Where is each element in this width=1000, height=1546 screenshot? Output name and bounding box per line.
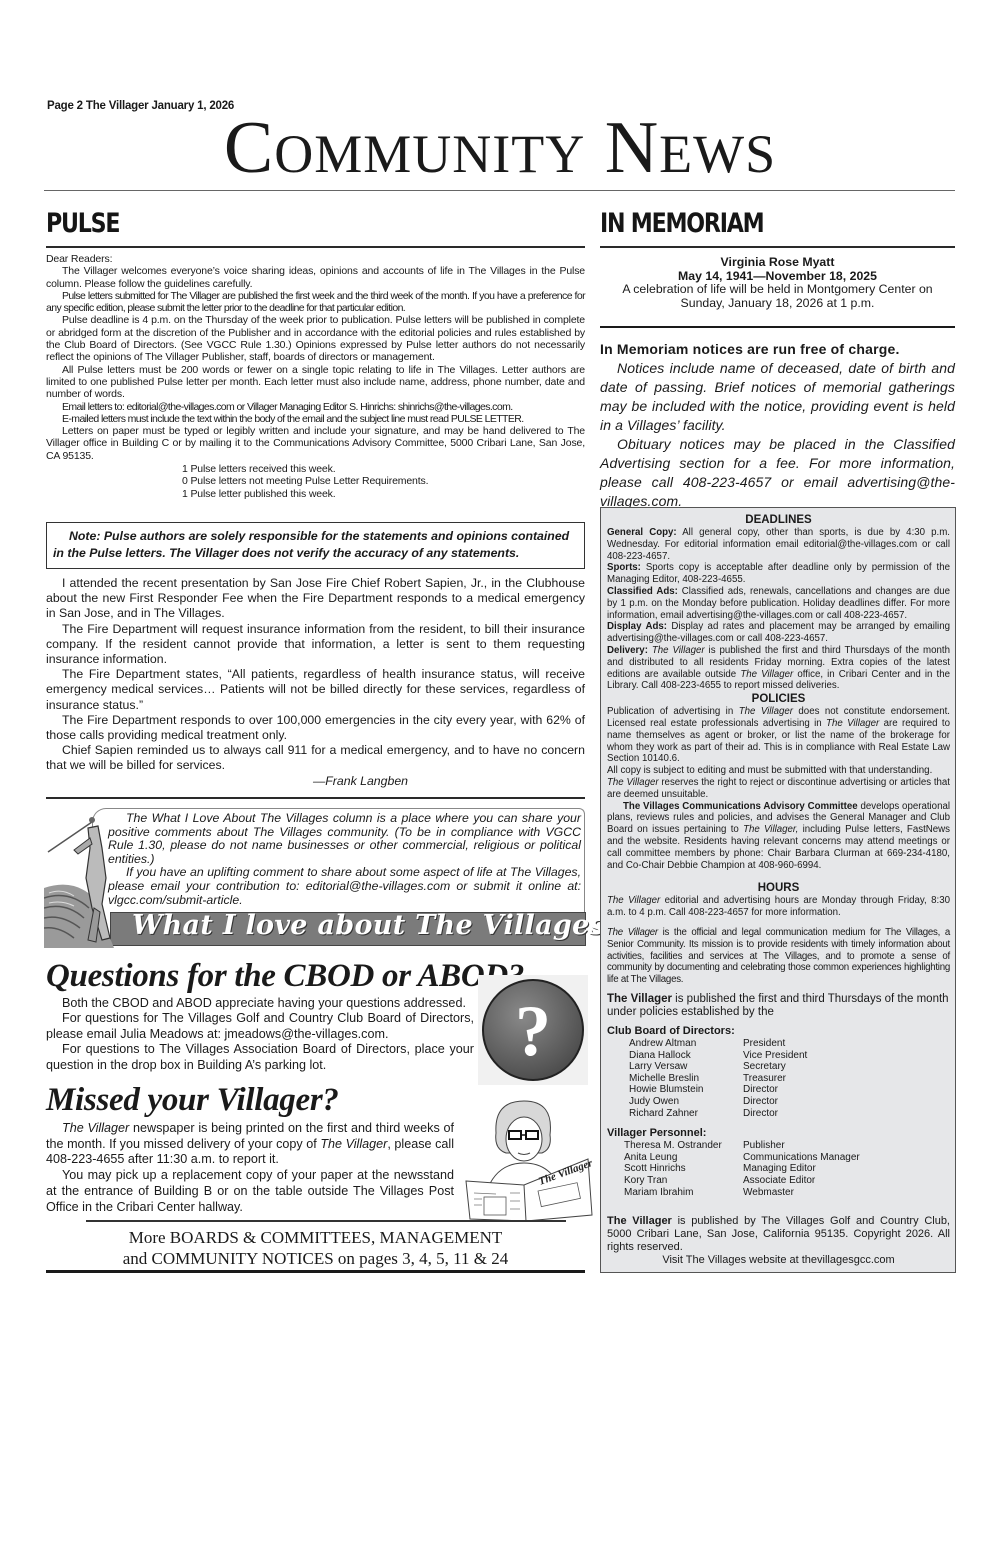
mission-text: is the official and legal communication …	[607, 927, 950, 985]
notices-bottom-rule	[46, 1270, 585, 1273]
memoriam-heading-rule	[600, 246, 955, 248]
board-member-role: Vice President	[743, 1050, 950, 1062]
count-not-meeting: 0 Pulse letters not meeting Pulse Letter…	[182, 475, 585, 487]
staff-name: Kory Tran	[624, 1175, 743, 1187]
staff-name: Mariam Ibrahim	[624, 1187, 743, 1199]
guideline-paragraph: The Villager welcomes everyone’s voice s…	[46, 265, 585, 290]
policy-text: reserves the right to reject or disconti…	[607, 777, 950, 800]
pulse-guidelines: Dear Readers: The Villager welcomes ever…	[46, 253, 585, 500]
paper-letter-instructions: Letters on paper must be typed or legibl…	[46, 425, 585, 462]
publication-name: The Villager	[739, 706, 793, 717]
guideline-paragraph: Pulse deadline is 4 p.m. on the Thursday…	[46, 314, 585, 363]
published-note: The Villager is published the first and …	[607, 993, 950, 1019]
policy-item: All copy is subject to editing and must …	[607, 765, 950, 777]
missed-paragraph-2: You may pick up a replacement copy of yo…	[46, 1168, 454, 1215]
website-link[interactable]: Visit The Villages website at thevillage…	[607, 1254, 950, 1267]
committee-item: The Villages Communications Advisory Com…	[607, 801, 950, 872]
letter-paragraph: The Fire Department states, “All patient…	[46, 667, 585, 713]
svg-text:?: ?	[515, 991, 551, 1071]
publication-name: The Villager	[607, 895, 660, 906]
staff-name: Scott Hinrichs	[624, 1163, 743, 1175]
letter-paragraph: The Fire Department responds to over 100…	[46, 713, 585, 743]
hours-text: The Villager editorial and advertising h…	[607, 895, 950, 919]
staff-role: Managing Editor	[743, 1163, 950, 1175]
pulse-letter: I attended the recent presentation by Sa…	[46, 576, 585, 789]
deadlines-title: DEADLINES	[607, 513, 950, 527]
what-i-love-paragraph: If you have an uplifting comment to shar…	[108, 866, 581, 907]
pulse-heading-rule	[46, 246, 585, 248]
email-instructions: Email letters to: editorial@the-villages…	[46, 401, 585, 413]
publisher-footer: The Villager is published by The Village…	[607, 1215, 950, 1267]
publication-name: The Villager	[607, 1215, 672, 1227]
staff-role: Associate Editor	[743, 1175, 950, 1187]
board-member-role: Director	[743, 1084, 950, 1096]
more-notices-line-1: More BOARDS & COMMITTEES, MANAGEMENT	[46, 1227, 585, 1248]
salutation: Dear Readers:	[46, 253, 585, 265]
guideline-paragraph: All Pulse letters must be 200 words or f…	[46, 364, 585, 401]
publication-name: The Villager	[320, 1137, 387, 1151]
policy-item: The Villager reserves the right to rejec…	[607, 777, 950, 801]
pulse-disclaimer-box: Note: Pulse authors are solely responsib…	[46, 522, 585, 569]
personnel-roster: Theresa M. OstranderPublisher Anita Leun…	[607, 1140, 950, 1198]
golfer-illustration-icon	[44, 808, 128, 948]
hours-section: HOURS The Villager editorial and adverti…	[607, 881, 950, 919]
delivery-item: Delivery: The Villager is published the …	[607, 645, 950, 692]
policies-title: POLICIES	[607, 692, 950, 706]
board-member-name: Howie Blumstein	[629, 1084, 743, 1096]
life-dates: May 14, 1941—November 18, 2025	[600, 270, 955, 284]
woman-reading-newspaper-icon: The Villager	[456, 1093, 594, 1223]
staff-name: Theresa M. Ostrander	[624, 1140, 743, 1152]
email-format-instructions: E-mailed letters must include the text w…	[46, 413, 585, 425]
pulse-letter-counts: 1 Pulse letters received this week. 0 Pu…	[182, 463, 585, 500]
staff-role: Communications Manager	[743, 1152, 950, 1164]
board-member-role: President	[743, 1038, 950, 1050]
publication-name: The Villager	[607, 993, 672, 1005]
missed-heading: Missed your Villager?	[46, 1082, 339, 1119]
section-rule	[46, 797, 585, 799]
cbod-paragraph: Both the CBOD and ABOD appreciate having…	[46, 996, 474, 1011]
policy-text: Publication of advertising in	[607, 706, 739, 717]
question-mark-icon: ?	[478, 975, 588, 1085]
board-roster: Andrew AltmanPresident Diana HallockVice…	[607, 1038, 950, 1119]
board-member-role: Director	[743, 1108, 950, 1120]
letter-paragraph: Chief Sapien reminded us to always call …	[46, 743, 585, 773]
publication-name: The Villager	[607, 927, 658, 938]
policy-item: Publication of advertising in The Villag…	[607, 706, 950, 765]
letter-signature: —Frank Langben	[46, 774, 585, 789]
board-member-name: Larry Versaw	[629, 1061, 743, 1073]
board-member-name: Richard Zahner	[629, 1108, 743, 1120]
publication-name: The Villager,	[743, 824, 798, 835]
publication-name: The Villager	[648, 645, 705, 656]
memoriam-policy-paragraph: Notices include name of deceased, date o…	[600, 359, 955, 435]
masthead-rule	[44, 190, 955, 191]
disclaimer-text: Note: Pulse authors are solely responsib…	[53, 529, 569, 560]
what-i-love-banner-text: What I love about The Villages	[132, 910, 605, 941]
cbod-text: Both the CBOD and ABOD appreciate having…	[46, 996, 474, 1073]
deadline-item: General Copy: All general copy, other th…	[607, 527, 950, 562]
personnel-title: Villager Personnel:	[607, 1127, 950, 1140]
publication-name: The Villager	[826, 718, 879, 729]
hours-title: HOURS	[607, 881, 950, 895]
deadlines-section: DEADLINES General Copy: All general copy…	[607, 513, 950, 871]
board-member-name: Judy Owen	[629, 1096, 743, 1108]
board-member-role: Director	[743, 1096, 950, 1108]
deceased-name: Virginia Rose Myatt	[600, 256, 955, 270]
obituary-entry: Virginia Rose Myatt May 14, 1941—Novembe…	[600, 256, 955, 310]
notices-top-rule	[86, 1220, 566, 1222]
deadline-label: Sports:	[607, 562, 641, 573]
letter-paragraph: The Fire Department will request insuran…	[46, 622, 585, 668]
memoriam-policy-paragraph: Obituary notices may be placed in the Cl…	[600, 435, 955, 511]
deadline-text: Sports copy is acceptable after deadline…	[607, 562, 950, 585]
what-i-love-text: The What I Love About The Villages colum…	[108, 812, 581, 907]
deadline-label: Delivery:	[607, 645, 648, 656]
cbod-paragraph: For questions to The Villages Associatio…	[46, 1042, 474, 1073]
more-notices-line-2: and COMMUNITY NOTICES on pages 3, 4, 5, …	[46, 1248, 585, 1269]
deadline-item: Sports: Sports copy is acceptable after …	[607, 562, 950, 586]
obituary-rule	[600, 326, 955, 328]
board-title: Club Board of Directors:	[607, 1025, 950, 1038]
count-published: 1 Pulse letter published this week.	[182, 488, 585, 500]
masthead-staff: The Villager is published the first and …	[607, 993, 950, 1198]
board-member-role: Secretary	[743, 1061, 950, 1073]
cbod-heading: Questions for the CBOD or ABOD?	[46, 958, 524, 995]
publication-name: The Villager	[607, 777, 659, 788]
memoriam-policy: In Memoriam notices are run free of char…	[600, 340, 955, 511]
deadline-label: General Copy:	[607, 527, 677, 538]
board-member-name: Diana Hallock	[629, 1050, 743, 1062]
copyright-note: The Villager is published by The Village…	[607, 1215, 950, 1254]
deadline-label: Display Ads:	[607, 621, 667, 632]
board-member-role: Treasurer	[743, 1073, 950, 1085]
staff-role: Webmaster	[743, 1187, 950, 1199]
mission-statement: The Villager is the official and legal c…	[607, 927, 950, 986]
masthead-title: COMMUNITY NEWS	[0, 108, 1000, 194]
memoriam-heading: IN MEMORIAM	[600, 208, 763, 239]
pulse-heading: PULSE	[46, 208, 119, 239]
guideline-paragraph: Pulse letters submitted for The Villager…	[46, 290, 585, 315]
count-received: 1 Pulse letters received this week.	[182, 463, 585, 475]
committee-name: The Villages Communications Advisory Com…	[623, 801, 858, 812]
deadline-label: Classified Ads:	[607, 586, 678, 597]
what-i-love-paragraph: The What I Love About The Villages colum…	[108, 812, 581, 866]
missed-paragraph-1: The Villager newspaper is being printed …	[46, 1121, 454, 1168]
letter-paragraph: I attended the recent presentation by Sa…	[46, 576, 585, 622]
cbod-paragraph: For questions for The Villages Golf and …	[46, 1011, 474, 1042]
publication-name: The Villager	[62, 1121, 129, 1135]
board-member-name: Andrew Altman	[629, 1038, 743, 1050]
missed-text: The Villager newspaper is being printed …	[46, 1121, 454, 1215]
celebration-details: A celebration of life will be held in Mo…	[600, 283, 955, 310]
board-member-name: Michelle Breslin	[629, 1073, 743, 1085]
more-notices-pointer: More BOARDS & COMMITTEES, MANAGEMENT and…	[46, 1227, 585, 1269]
memoriam-policy-lead: In Memoriam notices are run free of char…	[600, 340, 955, 359]
deadline-item: Display Ads: Display ad rates and placem…	[607, 621, 950, 645]
deadline-item: Classified Ads: Classified ads, renewals…	[607, 586, 950, 621]
staff-name: Anita Leung	[624, 1152, 743, 1164]
staff-role: Publisher	[743, 1140, 950, 1152]
publication-name: The Villager	[740, 669, 793, 680]
